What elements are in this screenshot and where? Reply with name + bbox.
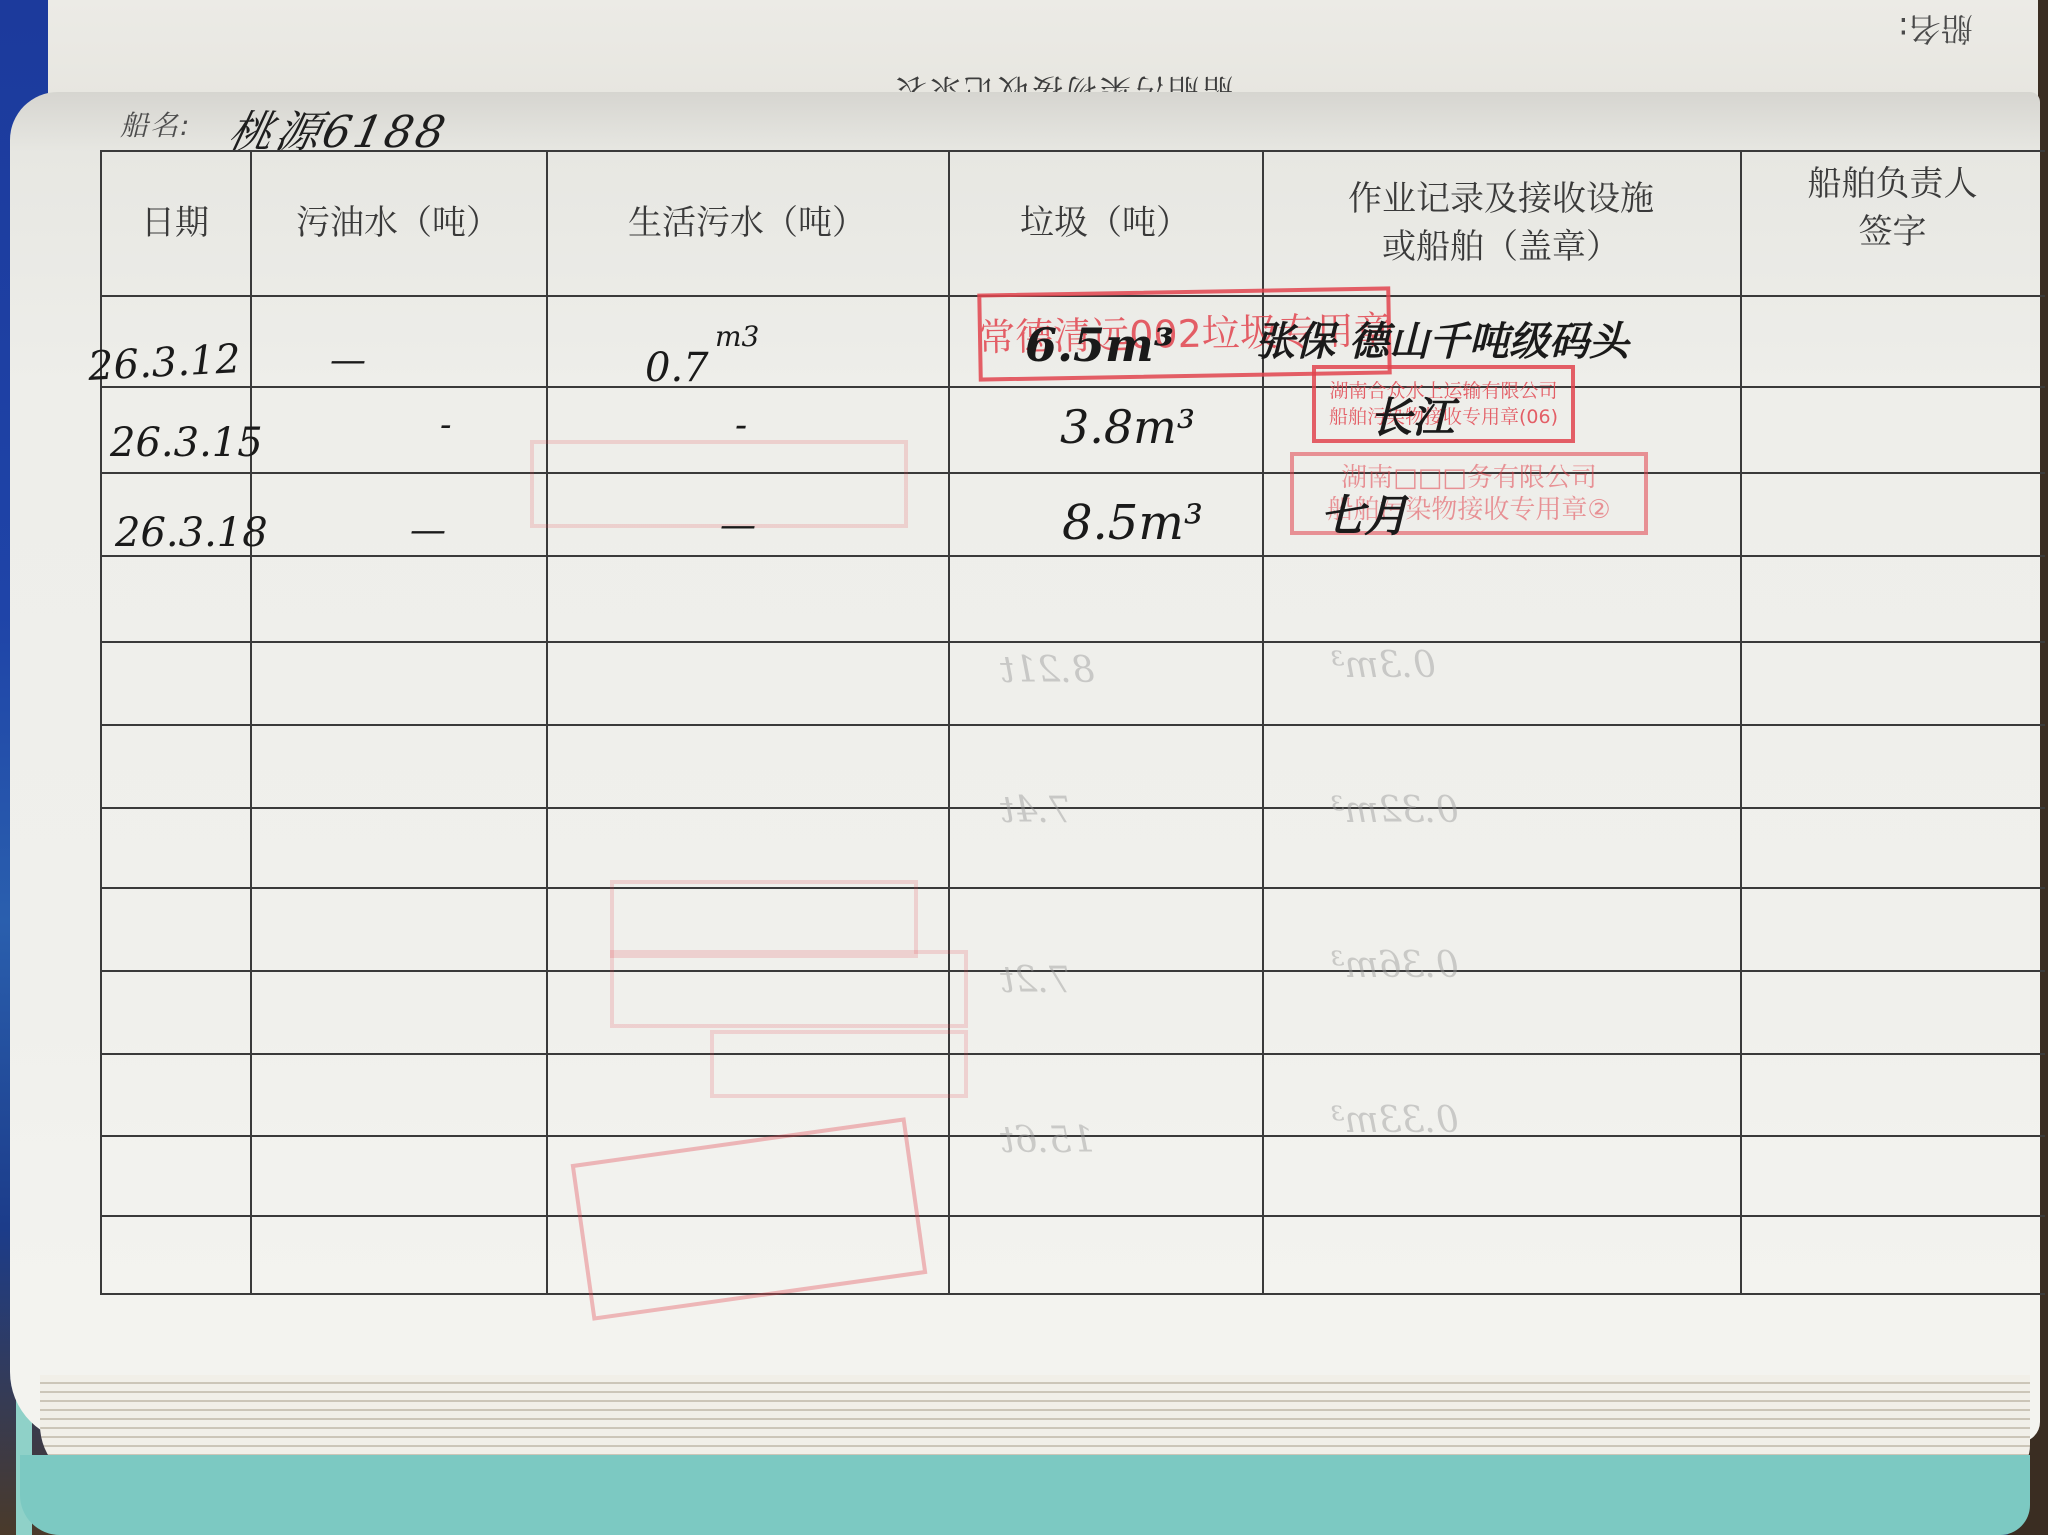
row1-signature: 张保 德山千吨级码头 xyxy=(1255,310,1629,367)
row-line xyxy=(100,724,2045,726)
row-line xyxy=(100,970,2045,972)
ghost-handwriting: 0.36m³ xyxy=(1330,945,1459,986)
header-signer-line1: 船舶负责人 xyxy=(1808,160,1978,208)
col-line xyxy=(948,150,950,1295)
ghost-handwriting: 0.3m³ xyxy=(1330,645,1436,686)
row-line xyxy=(100,555,2045,557)
ghost-stamp xyxy=(710,1030,968,1098)
row-line xyxy=(100,887,2045,889)
row3-garbage: 8.5m³ xyxy=(1062,495,1203,551)
col-line xyxy=(250,150,252,1295)
ghost-stamp xyxy=(610,880,918,958)
row-line xyxy=(100,1053,2045,1055)
row1-date: 26.3.12 xyxy=(87,336,242,390)
header-operation-line2: 或船舶（盖章） xyxy=(1382,223,1620,271)
header-garbage: 垃圾（吨） xyxy=(948,150,1262,295)
ship-name-label: 船名: xyxy=(120,104,191,144)
row2-garbage: 3.8m³ xyxy=(1060,400,1195,454)
ghost-handwriting: 0.33m³ xyxy=(1330,1100,1459,1141)
header-sewage: 生活污水（吨） xyxy=(546,150,948,295)
row-line xyxy=(100,807,2045,809)
top-sheet-corner-label: 船名: xyxy=(1898,8,1973,54)
ghost-stamp xyxy=(610,950,968,1028)
col-line xyxy=(100,150,102,1295)
header-date: 日期 xyxy=(100,150,250,295)
row2-signature: 长江 xyxy=(1370,385,1454,445)
row-line xyxy=(100,1215,2045,1217)
row2-date: 26.3.15 xyxy=(110,420,263,466)
row2-oily-water: - xyxy=(440,405,452,445)
row2-sewage: - xyxy=(735,405,747,446)
row-line xyxy=(100,641,2045,643)
row1-sewage-unit: m3 xyxy=(715,320,759,353)
header-signer-line2: 签字 xyxy=(1859,208,1927,256)
header-oily-water: 污油水（吨） xyxy=(250,150,546,295)
row1-oily-water: — xyxy=(330,340,366,381)
header-signer: 船舶负责人 签字 xyxy=(1740,150,2045,295)
row-line xyxy=(100,472,2045,474)
row1-garbage: 6.5m³ xyxy=(1025,318,1174,372)
ghost-stamp xyxy=(530,440,908,528)
notebook-cover xyxy=(20,1455,2030,1535)
row1-sewage: 0.7 xyxy=(645,345,709,391)
header-operation-record: 作业记录及接收设施 或船舶（盖章） xyxy=(1262,150,1740,295)
row-line xyxy=(100,386,2045,388)
row3-signature: 七月 xyxy=(1320,480,1408,544)
table-bottom-border xyxy=(100,1293,2045,1295)
row3-date: 26.3.18 xyxy=(115,510,268,556)
col-line xyxy=(1740,150,1742,1295)
ghost-handwriting: 8.21t xyxy=(1000,650,1095,691)
ghost-handwriting: 7.4t xyxy=(1000,790,1072,831)
row3-sewage: — xyxy=(720,505,756,546)
ghost-handwriting: 0.32m³ xyxy=(1330,790,1459,831)
col-line xyxy=(546,150,548,1295)
header-operation-line1: 作业记录及接收设施 xyxy=(1348,175,1654,223)
row3-oily-water: — xyxy=(410,510,446,551)
ghost-handwriting: 15.6t xyxy=(1000,1120,1095,1161)
ghost-handwriting: 7.2t xyxy=(1000,960,1072,1001)
